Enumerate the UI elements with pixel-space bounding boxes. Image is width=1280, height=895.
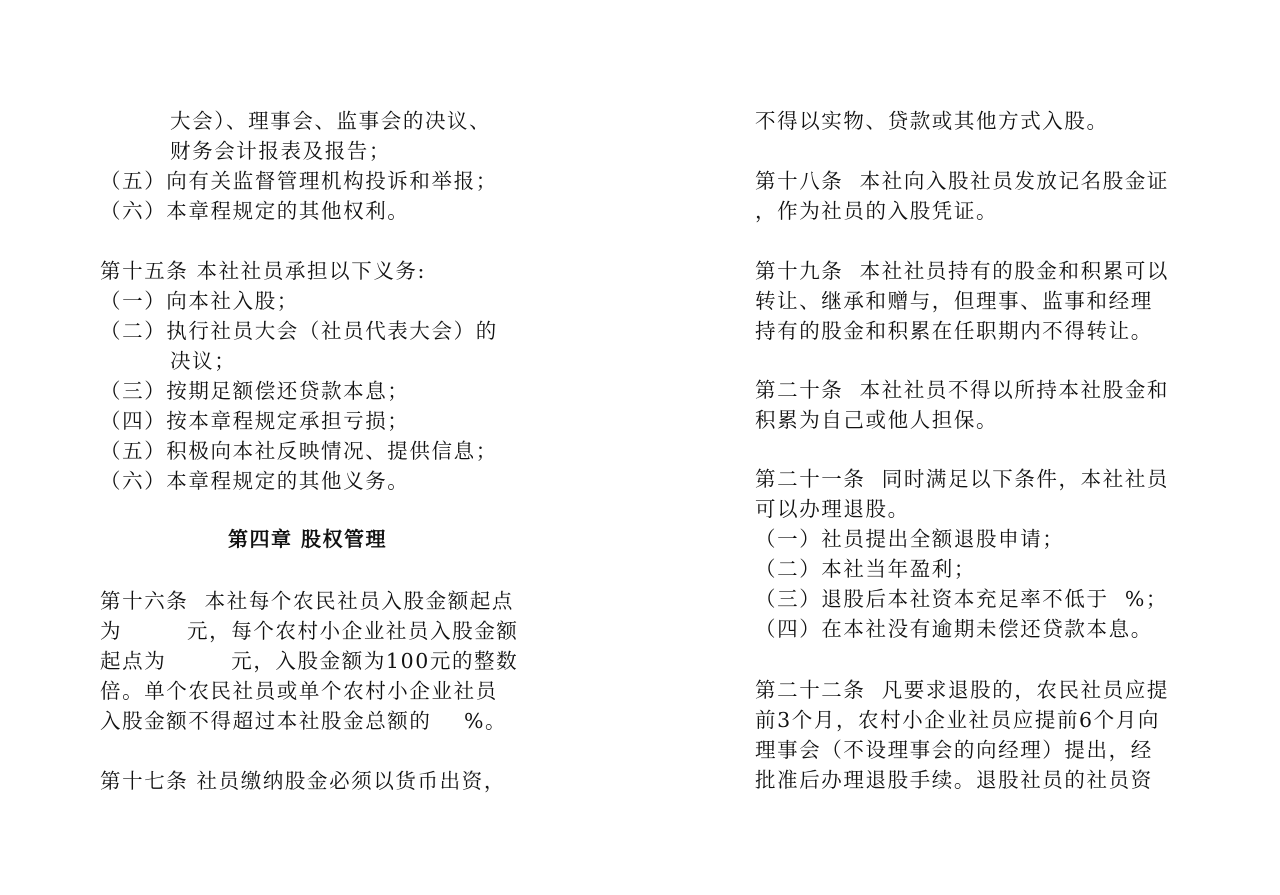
text-line: 决议；	[170, 349, 236, 373]
list-item: （二）本社当年盈利；	[755, 557, 976, 581]
list-item: （四）按本章程规定承担亏损；	[100, 409, 409, 433]
article-22-line: 第二十二条 凡要求退股的，农民社员应提	[755, 678, 1169, 702]
text-line: 入股金额不得超过本社股金总额的 %。	[100, 709, 507, 733]
list-item: （五）向有关监督管理机构投诉和举报；	[100, 169, 498, 193]
list-item: （二）执行社员大会（社员代表大会）的	[100, 319, 498, 343]
chapter-heading: 第四章 股权管理	[228, 527, 387, 551]
text-line: 理事会（不设理事会的向经理）提出，经	[755, 738, 1153, 762]
text-line: 倍。单个农民社员或单个农村小企业社员	[100, 679, 498, 703]
list-item: （一）社员提出全额退股申请；	[755, 527, 1064, 551]
article-21-line: 第二十一条 同时满足以下条件，本社社员	[755, 467, 1169, 491]
list-item: （一）向本社入股；	[100, 289, 299, 313]
list-item: （四）在本社没有逾期未偿还贷款本息。	[755, 617, 1153, 641]
text-line: 为 元，每个农村小企业社员入股金额	[100, 619, 519, 643]
list-item: （三）退股后本社资本充足率不低于 %；	[755, 587, 1168, 611]
text-line: ，作为社员的入股凭证。	[755, 199, 998, 223]
article-18-line: 第十八条 本社向入股社员发放记名股金证	[755, 169, 1169, 193]
list-item: （六）本章程规定的其他义务。	[100, 469, 409, 493]
list-item: （五）积极向本社反映情况、提供信息；	[100, 439, 498, 463]
text-line: 积累为自己或他人担保。	[755, 408, 998, 432]
article-20-line: 第二十条 本社社员不得以所持本社股金和	[755, 378, 1169, 402]
text-line: 批准后办理退股手续。退股社员的社员资	[755, 768, 1153, 792]
text-line: 大会）、理事会、监事会的决议、	[170, 109, 491, 133]
text-line: 转让、继承和赠与，但理事、监事和经理	[755, 289, 1153, 313]
text-line: 财务会计报表及报告；	[170, 139, 391, 163]
text-line: 可以办理退股。	[755, 497, 910, 521]
list-item: （六）本章程规定的其他权利。	[100, 199, 409, 223]
text-line: 起点为 元，入股金额为100元的整数	[100, 649, 518, 673]
text-line: 前3个月，农村小企业社员应提前6个月向	[755, 708, 1160, 732]
article-15-heading: 第十五条 本社社员承担以下义务:	[100, 259, 426, 283]
list-item: （三）按期足额偿还贷款本息；	[100, 379, 409, 403]
article-17-line: 第十七条 社员缴纳股金必须以货币出资，	[100, 769, 506, 793]
article-19-line: 第十九条 本社社员持有的股金和积累可以	[755, 259, 1169, 283]
text-line: 不得以实物、贷款或其他方式入股。	[755, 109, 1109, 133]
text-line: 持有的股金和积累在任职期内不得转让。	[755, 319, 1153, 343]
article-16-line: 第十六条 本社每个农民社员入股金额起点	[100, 589, 514, 613]
